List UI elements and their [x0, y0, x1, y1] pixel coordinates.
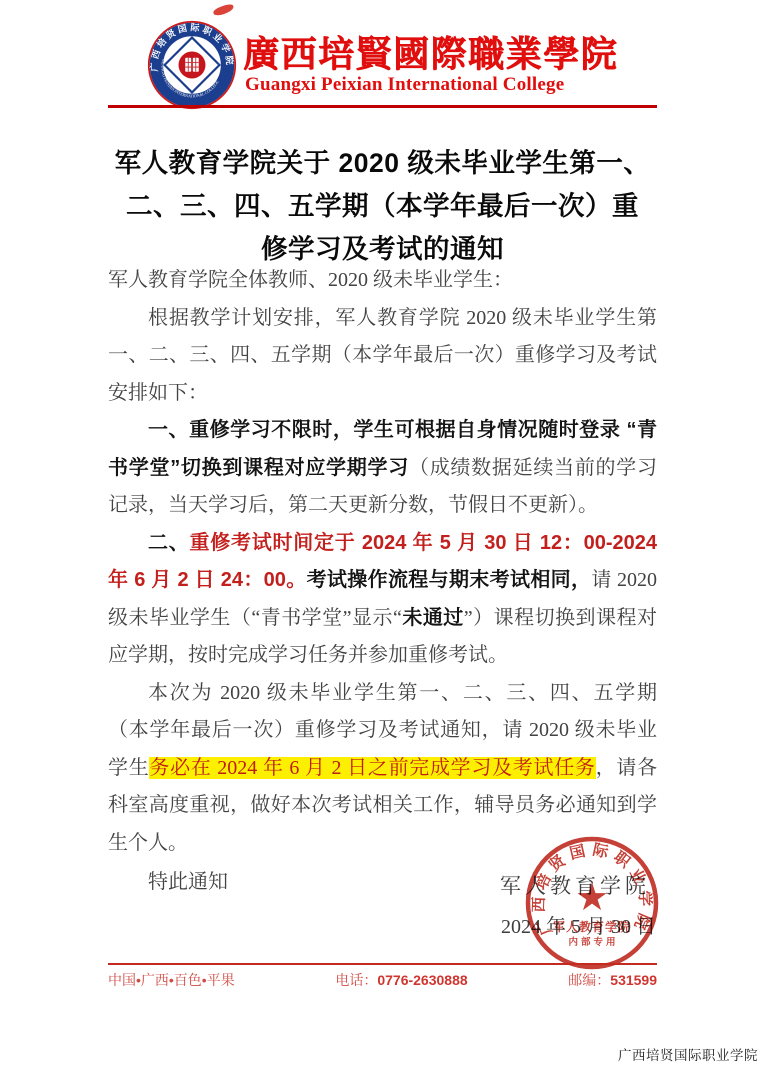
bottom-watermark: 广西培贤国际职业学院	[618, 1044, 758, 1064]
college-name-en: Guangxi Peixian International College	[245, 74, 625, 96]
footer-divider	[108, 963, 657, 965]
logo-red-core	[179, 52, 206, 79]
item2-number: 二、	[148, 532, 190, 554]
seal-sub-text: 内部专用	[568, 936, 618, 948]
header-divider	[108, 105, 657, 108]
notice-page: 广西培贤国际职业学院 GUANGXI PEIXIAN INTERNATIONAL…	[0, 0, 764, 1080]
notice-title: 军人教育学院关于 2020 级未毕业学生第一、 二、三、四、五学期（本学年最后一…	[104, 142, 661, 271]
salutation: 军人教育学院全体教师、2020 级未毕业学生：	[108, 262, 657, 300]
phone-label: 电话：	[335, 972, 377, 988]
postal-label: 邮编：	[568, 972, 610, 988]
footer-location: 中国•广西•百色•平果	[108, 970, 235, 990]
college-name-zh: 廣西培賢國際職業學院	[243, 26, 628, 77]
item2-bold-text: 考试操作流程与期末考试相同，	[307, 569, 592, 591]
star-icon: ★	[575, 875, 609, 919]
notice-body: 军人教育学院全体教师、2020 级未毕业学生： 根据教学计划安排，军人教育学院 …	[108, 262, 657, 902]
deadline-highlight: 务必在 2024 年 6 月 2 日之前完成学习及考试任务	[149, 757, 595, 779]
phone-number: 0776-2630888	[377, 972, 467, 988]
seal-center-text: 军人教育学院	[553, 919, 631, 934]
footer-phone: 电话：0776-2630888	[335, 970, 467, 990]
footer-postal: 邮编：531599	[568, 970, 657, 990]
ink-mark	[212, 3, 234, 17]
para-intro: 根据教学计划安排，军人教育学院 2020 级未毕业学生第一、二、三、四、五学期（…	[108, 300, 657, 413]
para-item1: 一、重修学习不限时，学生可根据自身情况随时登录 “青书学堂”切换到课程对应学期学…	[108, 412, 657, 525]
not-passed-bold-text: 未通过	[402, 607, 464, 629]
college-logo-icon: 广西培贤国际职业学院 GUANGXI PEIXIAN INTERNATIONAL…	[147, 20, 237, 110]
official-seal: 广西培贤国际职业学院 ★ 军人教育学院 内部专用	[522, 833, 662, 973]
postal-code: 531599	[610, 972, 657, 988]
footer: 中国•广西•百色•平果 电话：0776-2630888 邮编：531599	[108, 970, 657, 990]
para-item2: 二、重修考试时间定于 2024 年 5 月 30 日 12：00-2024 年 …	[108, 525, 657, 675]
